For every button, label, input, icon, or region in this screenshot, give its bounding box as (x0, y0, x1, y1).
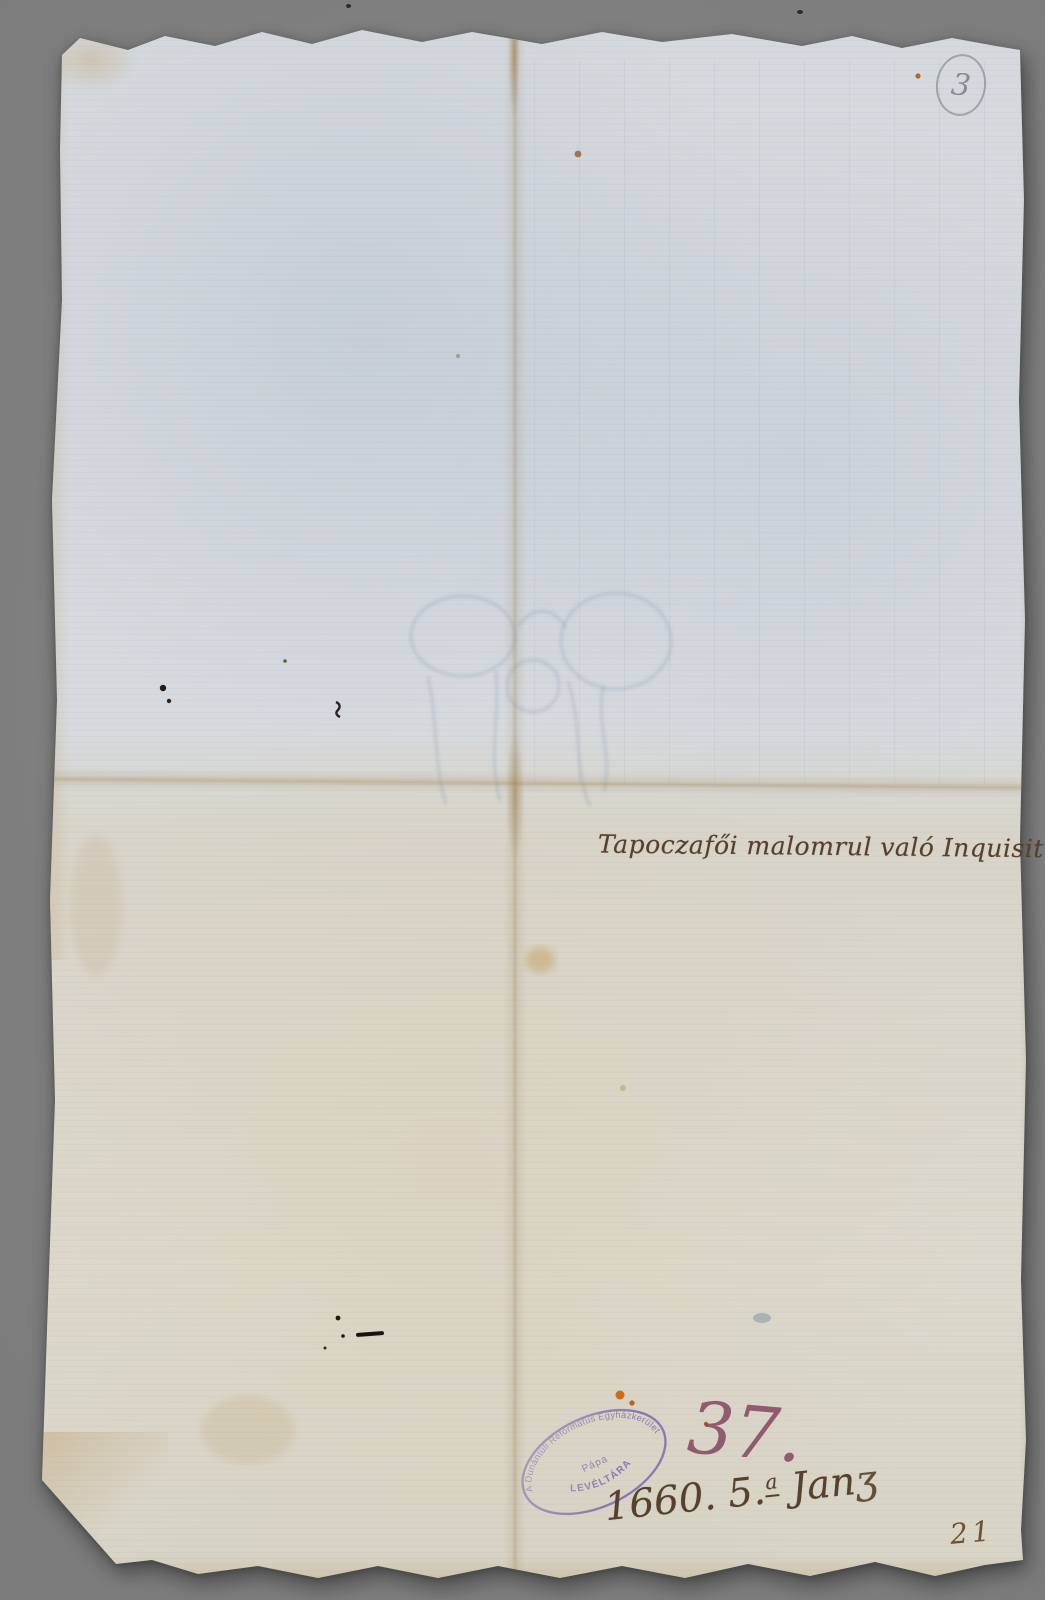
stamp-center-text: Pápa (580, 1453, 609, 1475)
scanned-document-page: 3 Tapoczafői malomrul való Inquisitio A … (0, 0, 1045, 1600)
handwritten-page-number: 21 (949, 1514, 995, 1551)
show-through-columns (534, 60, 1004, 784)
show-through-ruling (48, 40, 1026, 1574)
date-superscript: a (763, 1469, 780, 1497)
stains-and-specks (38, 26, 1030, 1582)
pencil-corner-mark-value: 3 (949, 66, 972, 103)
date-flourish: ʒ (853, 1457, 880, 1504)
left-fold-edge (38, 26, 70, 960)
date-suffix: Jan (789, 1459, 857, 1510)
svg-text:A Dunántúli Református Egyházk: A Dunántúli Református Egyházkerület (506, 1396, 663, 1495)
handwritten-title-inscription: Tapoczafői malomrul való Inquisitio (598, 830, 1045, 864)
right-edge-shading (1020, 26, 1030, 1582)
paper-sheet-wrap (0, 0, 1045, 1600)
bottom-deckle-edge (38, 1556, 1030, 1582)
vertical-fold-crease (504, 26, 526, 1582)
horizontal-fold-crease (38, 768, 1030, 799)
handwritten-archive-number: 37. (685, 1391, 805, 1473)
stamp-arc-top-text: A Dunántúli Református Egyházkerület (506, 1396, 663, 1495)
paper-sheet (38, 26, 1030, 1582)
top-left-worn-corner (58, 32, 168, 112)
